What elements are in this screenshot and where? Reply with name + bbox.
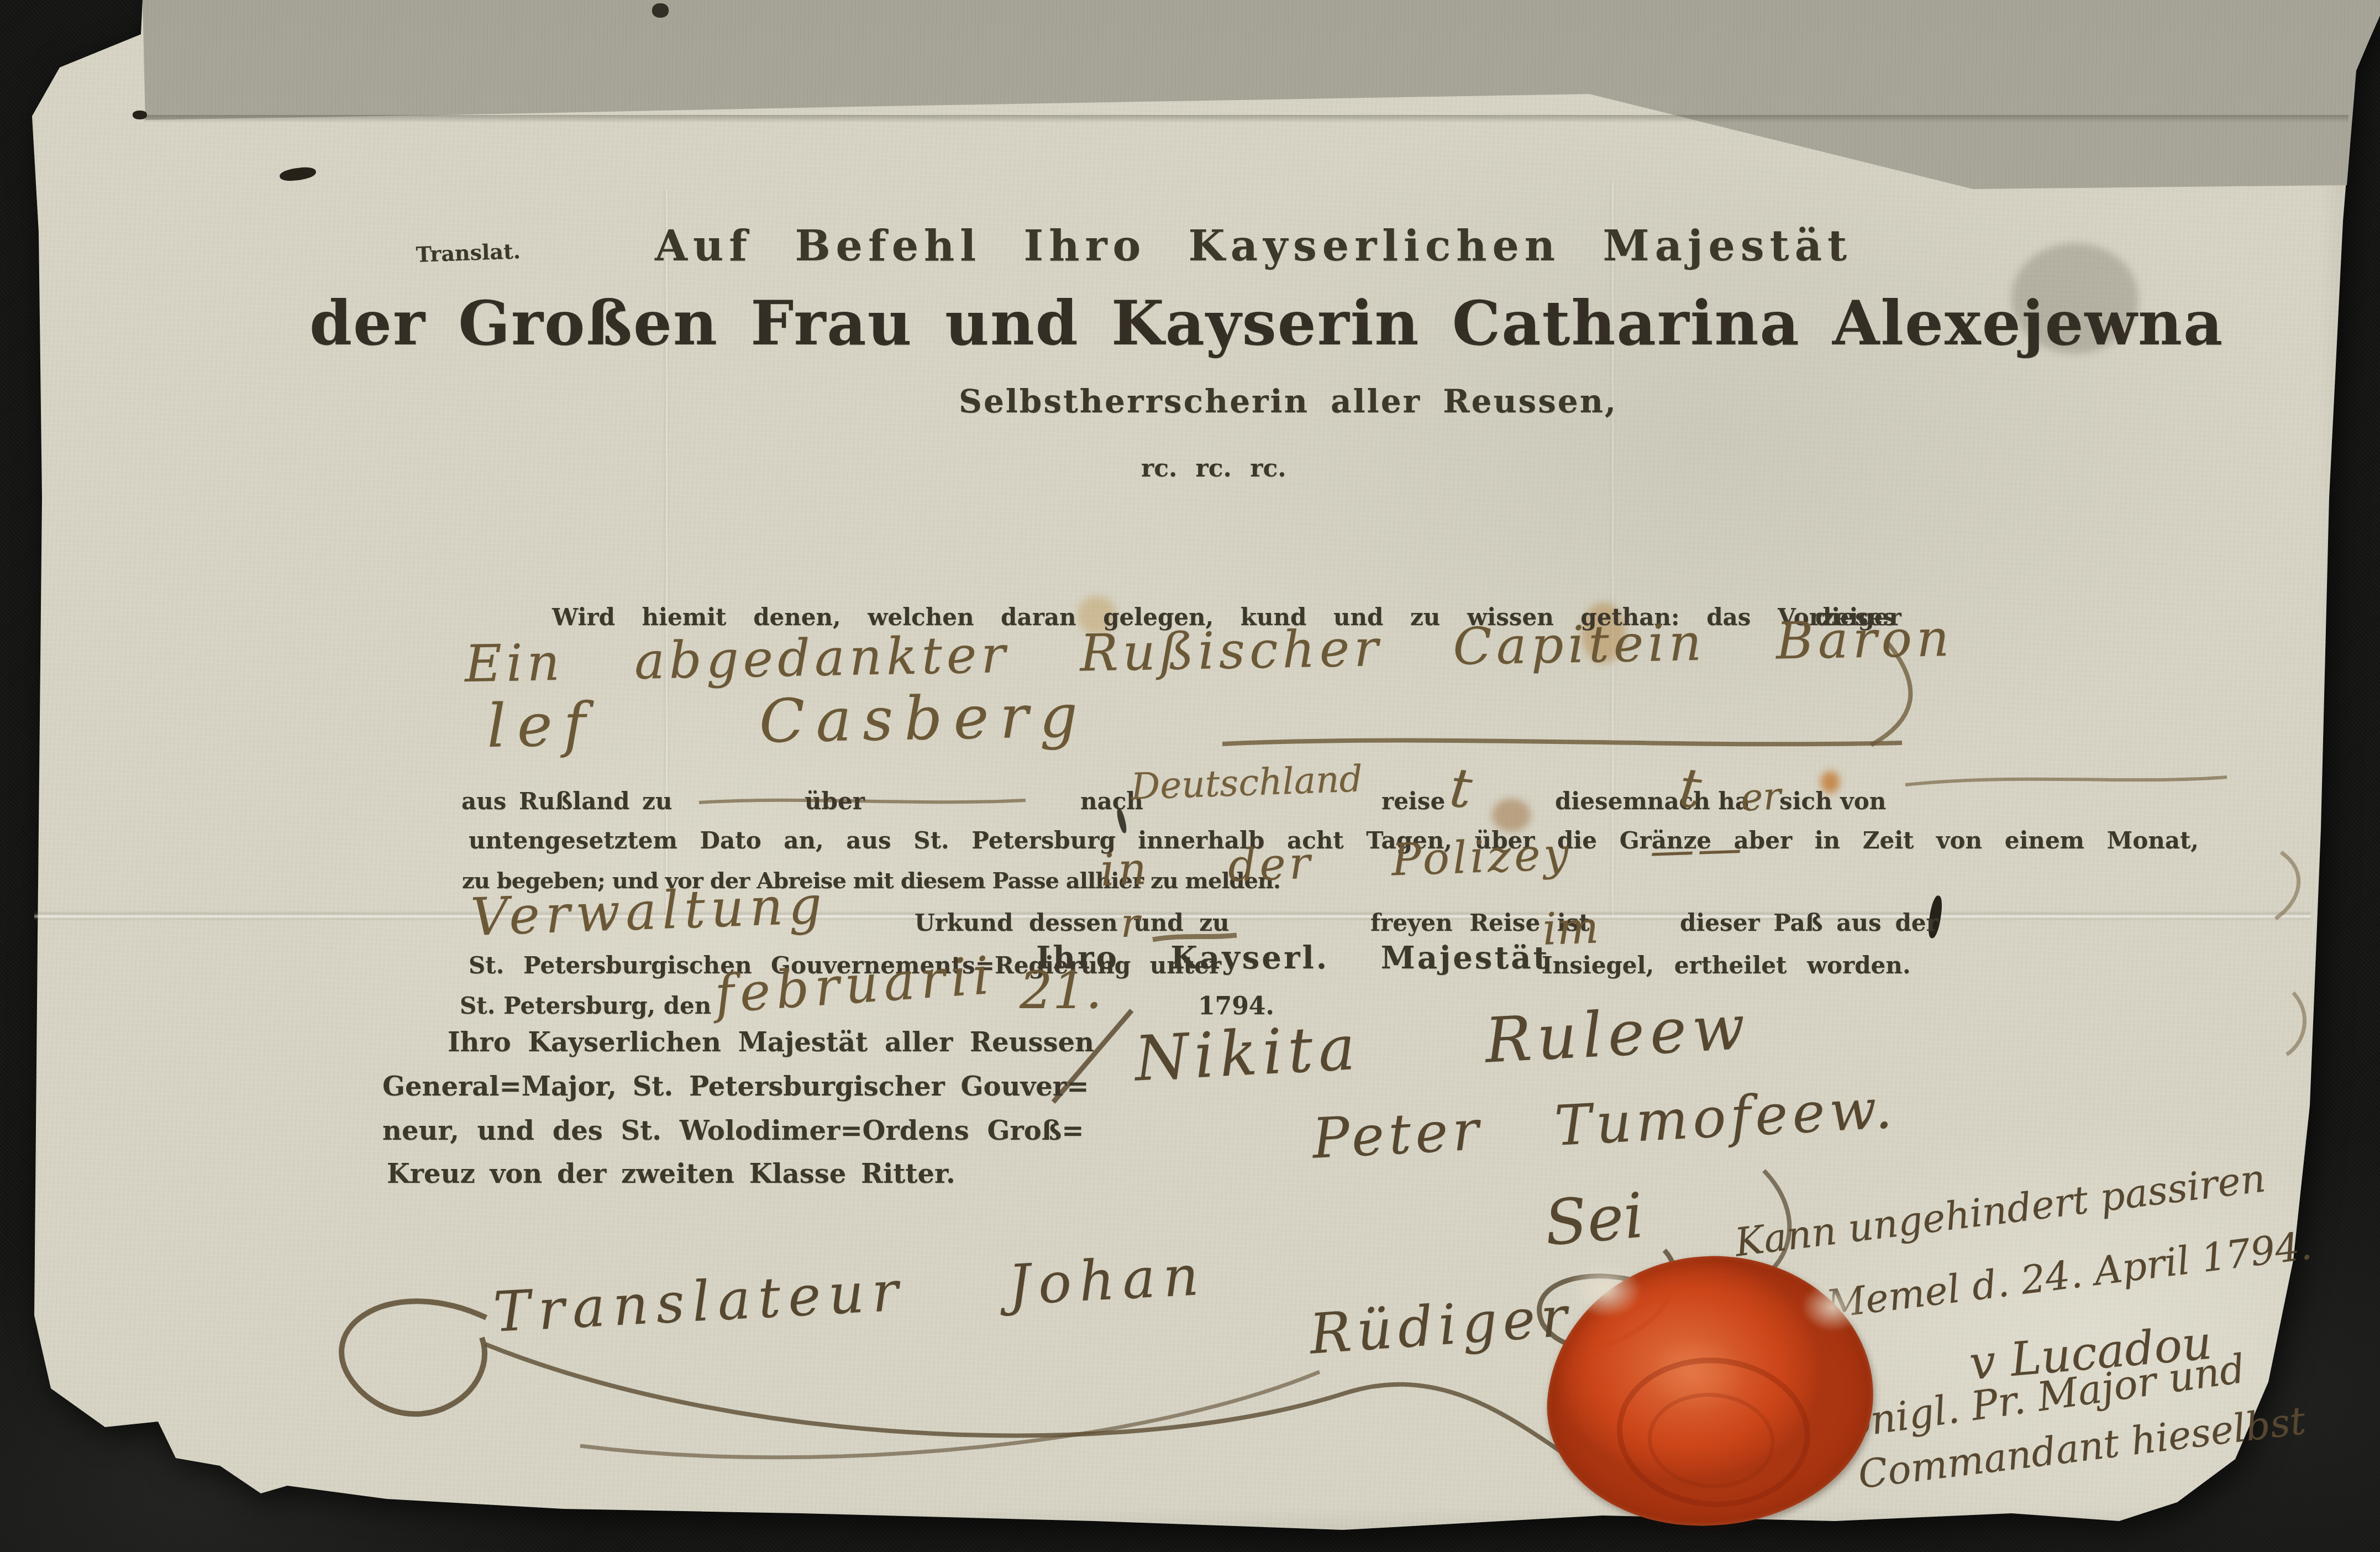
- hw-insert-r: r: [1121, 900, 1139, 946]
- dateline-place: St. Petersburg, den: [460, 992, 711, 1019]
- hw-destination: Deutschland: [1130, 757, 1363, 808]
- header-line-2: der Großen Frau und Kayserin Catharina A…: [309, 287, 2224, 359]
- body-line5c: dieser Paß aus der: [1680, 909, 1938, 936]
- header-line-1: Auf Befehl Ihro Kayserlichen Majestät: [655, 221, 1852, 270]
- body-line6c: Insiegel, ertheilet worden.: [1542, 952, 1911, 979]
- header-line-3: Selbstherrscherin aller Reussen,: [959, 382, 1617, 420]
- dateline-year: 1794.: [1198, 992, 1274, 1020]
- form-label-sichvon: sich von: [1779, 788, 1886, 815]
- header-line-4: rc. rc. rc.: [1141, 454, 1286, 483]
- issuer-line-1: Ihro Kayserlichen Majestät aller Reussen: [448, 1027, 1094, 1058]
- form-label-diesemnach: diesemnach ha: [1555, 788, 1750, 815]
- form-label-reise: reise: [1381, 788, 1445, 815]
- form-label-aus: aus Rußland zu: [461, 788, 672, 815]
- translat-note: Translat.: [416, 238, 521, 267]
- body-line5a: Urkund dessen und zu: [915, 909, 1230, 936]
- hw-date-day: 21.: [1020, 961, 1102, 1021]
- issuer-line-4: Kreuz von der zweiten Klasse Ritter.: [387, 1158, 955, 1189]
- issuer-line-2: General=Major, St. Petersburgischer Gouv…: [382, 1071, 1089, 1102]
- signature-sei: Sei: [1542, 1179, 1646, 1260]
- hw-insert-er: er: [1740, 774, 1782, 820]
- issuer-line-3: neur, und des St. Wolodimer=Ordens Groß=: [382, 1115, 1084, 1146]
- form-label-ueber: über: [805, 788, 865, 815]
- hw-insert-im: im: [1542, 901, 1600, 955]
- body-line6b: Ihro Kayserl. Majestät: [1036, 940, 1549, 976]
- hw-bearer-line2: lef Casberg: [486, 681, 1089, 761]
- hw-verwaltung: Verwaltung: [470, 875, 828, 947]
